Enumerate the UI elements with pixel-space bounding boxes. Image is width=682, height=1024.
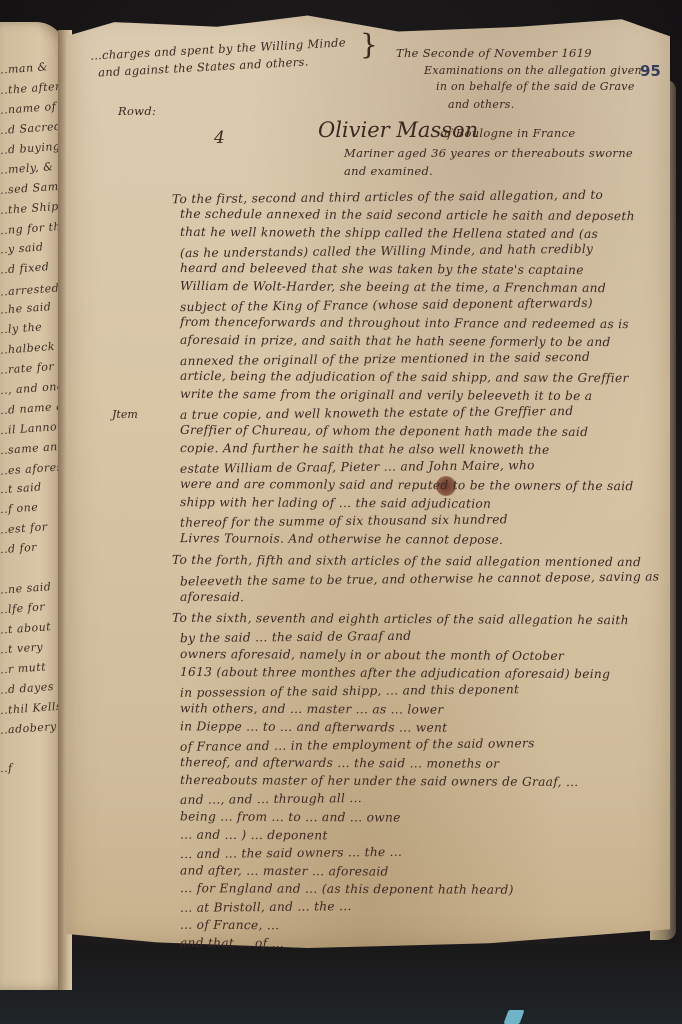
body-line: ... for England and ... (as this deponen… — [180, 881, 514, 897]
left-fragment: ...ly the — [0, 320, 43, 336]
left-fragment: ...rate for — [0, 360, 55, 377]
deponent-description: Mariner aged 36 yeares or thereabouts sw… — [344, 146, 633, 160]
body-line: To the sixth, seventh and eighth article… — [172, 611, 629, 627]
body-line: in Dieppe ... to ... and afterwards ... … — [180, 719, 447, 734]
body-line: write the same from the originall and ve… — [180, 387, 592, 403]
left-fragment: ...the Ship — [0, 200, 59, 217]
brace-glyph: } — [360, 28, 378, 61]
left-fragment: ...il Lannou — [0, 420, 65, 438]
body-line: were and are commonly said and reputed t… — [180, 477, 634, 493]
left-fragment: ...d name & — [0, 400, 66, 418]
left-fragment: ..., and one — [0, 380, 64, 398]
header-right-line: Examinations on the allegation given — [424, 64, 642, 77]
left-fragment: ...t said — [0, 480, 42, 496]
header-right-line: and others. — [448, 98, 515, 111]
body-line: article, being the adjudication of the s… — [180, 369, 629, 385]
left-fragment: ...adobery — [0, 720, 57, 737]
left-fragment: ...est for — [0, 520, 48, 537]
left-fragment: ...mely, & — [0, 160, 54, 177]
left-fragment: ...r mutt — [0, 660, 47, 676]
body-line: To the forth, fifth and sixth articles o… — [172, 553, 641, 569]
left-fragment: ...sed Sam — [0, 180, 59, 197]
left-fragment: ...arrested Lannou — [0, 278, 66, 299]
left-fragment: ...d Sacred — [0, 120, 62, 138]
body-line: ... at Bristoll, and ... the ... — [180, 899, 352, 915]
left-fragment: ...he said — [0, 300, 52, 317]
body-line: being ... from ... to ... and ... owne — [180, 809, 401, 824]
body-line: ... and ... the said owners ... the ... — [180, 845, 402, 861]
left-fragment: ...halbeck — [0, 340, 55, 357]
left-fragment: ...f — [0, 761, 13, 775]
body-line: William de Wolt-Harder, she beeing at th… — [180, 279, 606, 295]
left-fragment: ...f one — [0, 501, 39, 517]
left-fragment: ...lfe for — [0, 600, 45, 616]
deponent-description: and examined. — [344, 164, 433, 178]
left-fragment: ...same and — [0, 440, 66, 458]
body-line: heard and beleeved that she was taken by… — [180, 261, 584, 277]
body-line: and after, ... master ... aforesaid — [180, 863, 389, 878]
body-line: shipp with her lading of ... the said ad… — [180, 495, 491, 511]
body-line: aforesaid in prize, and saith that he ha… — [180, 333, 611, 349]
header-right-line: in on behalfe of the said de Grave — [436, 80, 635, 93]
left-fragment: ...ne said — [0, 580, 52, 597]
left-fragment: ...man & — [0, 60, 48, 77]
body-line: and that ... of ... — [180, 936, 284, 951]
left-fragment: ...d dayes — [0, 680, 54, 697]
top-note-line: Rowd: — [118, 104, 156, 118]
left-page: ...man & ...the after ...name of ...d Sa… — [0, 22, 66, 990]
header-right-line: The Seconde of November 1619 — [396, 46, 592, 60]
left-fragment: ...t about — [0, 620, 52, 637]
body-line: that he well knoweth the shipp called th… — [180, 225, 598, 241]
left-fragment: ...t very — [0, 640, 44, 656]
left-fragment: ...ng for the — [0, 220, 66, 238]
left-fragment: ...thil Kells — [0, 700, 63, 718]
body-line: Livres Tournois. And otherwise he cannot… — [180, 531, 503, 547]
left-fragment: ...d buying — [0, 140, 61, 157]
item-number: 4 — [214, 128, 225, 148]
left-fragment: ...es aforesaid — [0, 459, 66, 478]
page-number: 95 — [640, 62, 661, 80]
table-surface — [0, 944, 682, 1024]
left-fragment: ...d fixed — [0, 260, 50, 277]
body-line: thereof, and afterwards ... the said ...… — [180, 755, 499, 771]
body-line: and ..., and ... through all ... — [180, 791, 362, 807]
body-line: ... and ... ) ... deponent — [180, 828, 328, 843]
left-fragment: ...name of — [0, 100, 57, 117]
body-line: ... of France, ... — [180, 918, 280, 933]
body-line: thereabouts master of her under the said… — [180, 773, 579, 789]
body-line: owners aforesaid, namely in or about the… — [180, 647, 564, 663]
margin-note: Jtem — [112, 408, 138, 421]
body-line: copie. And further he saith that he also… — [180, 441, 550, 457]
body-line: Greffier of Chureau, of whom the deponen… — [180, 423, 588, 439]
left-fragment: ...d for — [0, 541, 37, 557]
left-fragment: ...the after — [0, 80, 61, 97]
body-line: aforesaid. — [180, 590, 244, 604]
body-line: 1613 (about three monthes after the adju… — [180, 665, 610, 681]
body-line: the schedule annexed in the said second … — [180, 207, 635, 223]
body-line: by the said ... the said de Graaf and — [180, 629, 411, 645]
deponent-description: of Boulogne in France — [440, 126, 575, 140]
body-line: from thenceforwards and throughout into … — [180, 315, 629, 331]
body-line: with others, and ... master ... as ... l… — [180, 701, 444, 716]
left-fragment: ...y said — [0, 240, 44, 256]
